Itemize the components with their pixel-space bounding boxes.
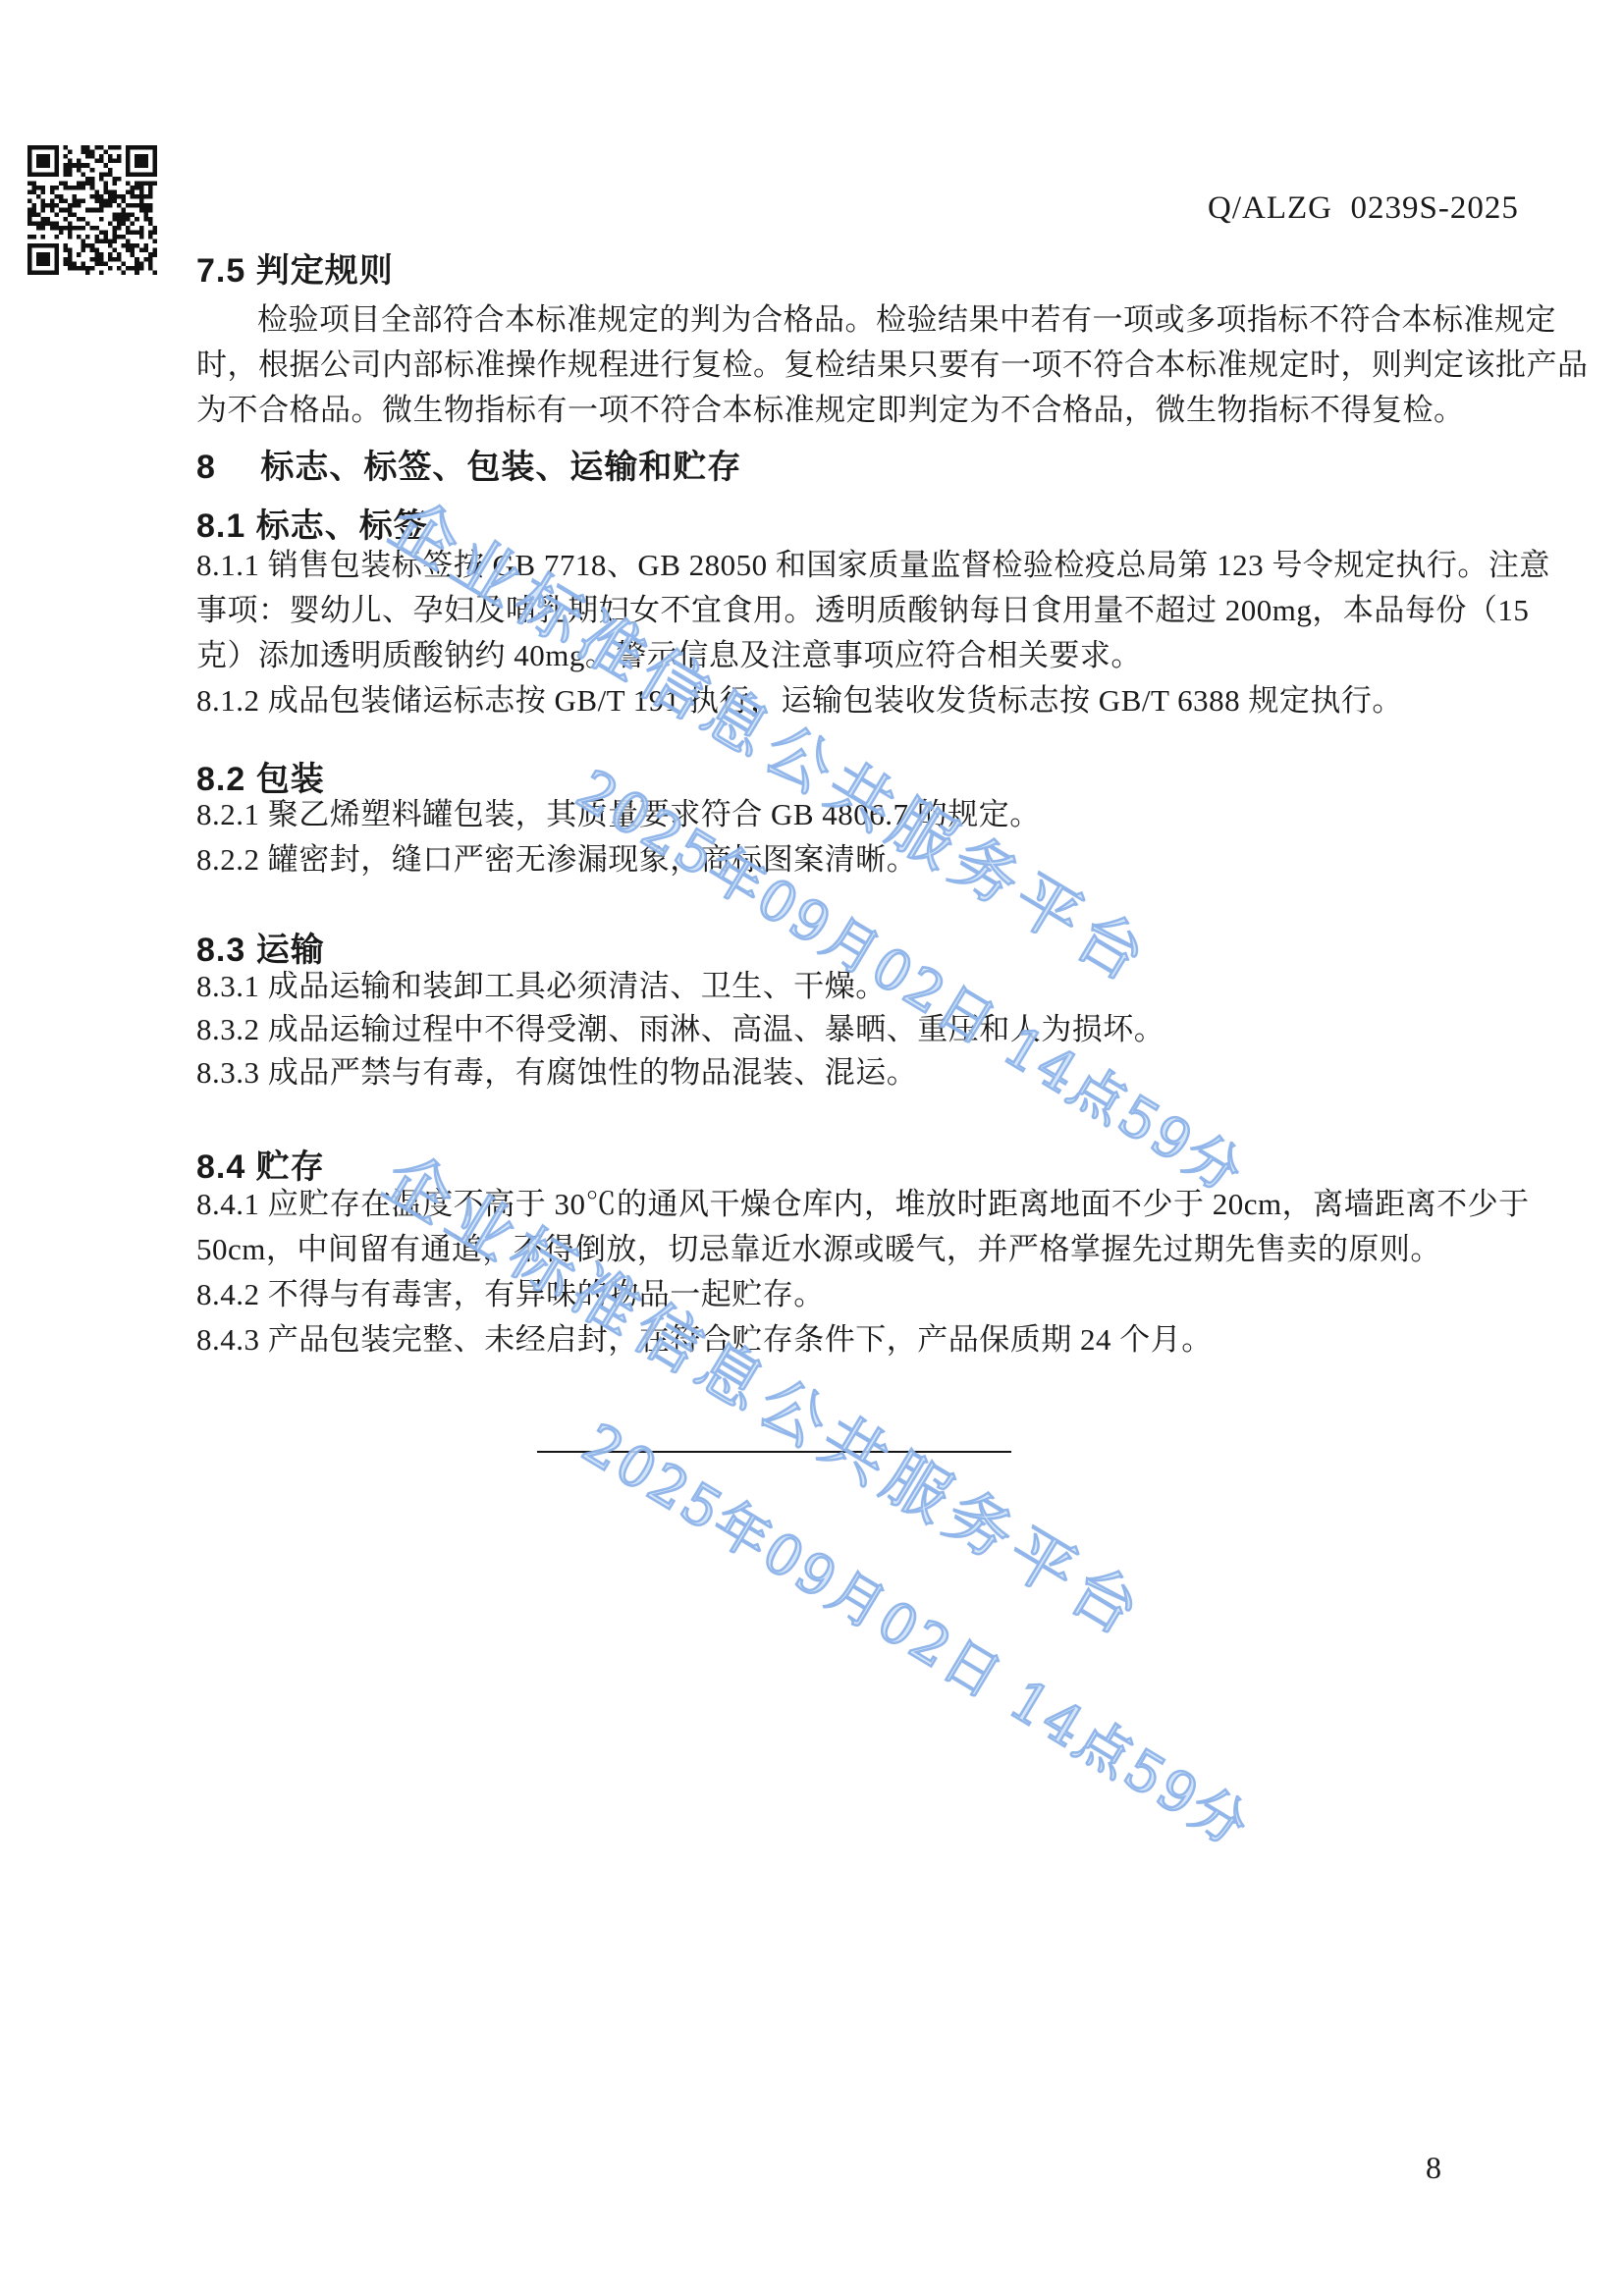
clause-8-1-1-line: 8.1.1 销售包装标签按 GB 7718、GB 28050 和国家质量监督检验… xyxy=(196,546,1550,585)
clause-8-3-3: 8.3.3 成品严禁与有毒，有腐蚀性的物品混装、混运。 xyxy=(196,1053,917,1093)
paragraph-line: 时，根据公司内部标准操作规程进行复检。复检结果只要有一项不符合本标准规定时，则判… xyxy=(196,346,1589,385)
clause-8-3-2: 8.3.2 成品运输过程中不得受潮、雨淋、高温、暴晒、重压和人为损坏。 xyxy=(196,1010,1164,1049)
clause-8-4-2: 8.4.2 不得与有毒害，有异味的物品一起贮存。 xyxy=(196,1275,825,1314)
heading-8-3: 8.3 运输 xyxy=(196,923,325,971)
heading-8-2: 8.2 包装 xyxy=(196,752,325,800)
page-number: 8 xyxy=(1426,2150,1441,2186)
section-end-line xyxy=(537,1451,1011,1453)
heading-8-4: 8.4 贮存 xyxy=(196,1140,325,1188)
clause-8-1-1-line: 克）添加透明质酸钠约 40mg。警示信息及注意事项应符合相关要求。 xyxy=(196,636,1142,675)
clause-8-4-1-line: 50cm，中间留有通道，不得倒放，切忌靠近水源或暖气，并严格掌握先过期先售卖的原… xyxy=(196,1230,1441,1269)
paragraph-line: 检验项目全部符合本标准规定的判为合格品。检验结果中若有一项或多项指标不符合本标准… xyxy=(196,300,1556,340)
clause-8-1-2: 8.1.2 成品包装储运标志按 GB/T 191 执行，运输包装收发货标志按 G… xyxy=(196,681,1403,721)
watermark-timestamp-text: 2025年09月02日 14点59分 xyxy=(570,1402,1267,1863)
document-page: Q/ALZG 0239S-2025 7.5 判定规则 检验项目全部符合本标准规定… xyxy=(0,0,1624,2296)
clause-8-2-1: 8.2.1 聚乙烯塑料罐包装，其质量要求符合 GB 4806.7 的规定。 xyxy=(196,795,1041,834)
heading-7-5: 7.5 判定规则 xyxy=(196,243,394,292)
doc-number: Q/ALZG 0239S-2025 xyxy=(1208,190,1519,227)
clause-8-4-1-line: 8.4.1 应贮存在温度不高于 30℃的通风干燥仓库内，堆放时距离地面不少于 2… xyxy=(196,1185,1530,1224)
heading-8: 8 标志、标签、包装、运输和贮存 xyxy=(196,440,741,488)
clause-8-4-3: 8.4.3 产品包装完整、未经启封，在符合贮存条件下，产品保质期 24 个月。 xyxy=(196,1320,1213,1360)
paragraph-line: 为不合格品。微生物指标有一项不符合本标准规定即判定为不合格品，微生物指标不得复检… xyxy=(196,391,1465,430)
clause-8-3-1: 8.3.1 成品运输和装卸工具必须清洁、卫生、干燥。 xyxy=(196,967,887,1006)
qr-code xyxy=(27,145,157,275)
clause-8-1-1-line: 事项：婴幼儿、孕妇及哺乳期妇女不宜食用。透明质酸钠每日食用量不超过 200mg，… xyxy=(196,591,1529,630)
clause-8-2-2: 8.2.2 罐密封，缝口严密无渗漏现象，商标图案清晰。 xyxy=(196,840,917,880)
heading-8-1: 8.1 标志、标签 xyxy=(196,499,428,547)
